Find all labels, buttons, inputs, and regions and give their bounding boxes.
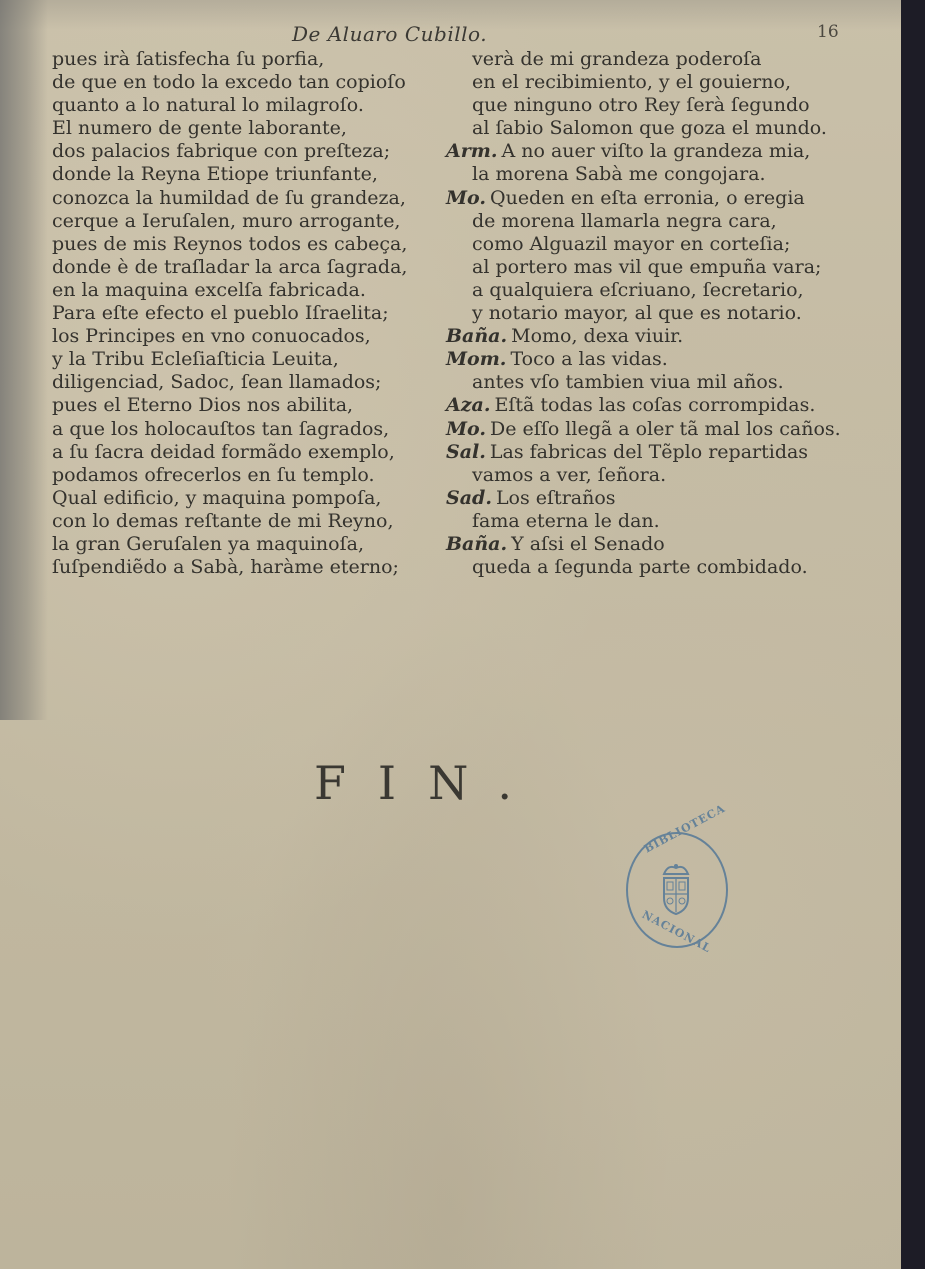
line-text: Momo, dexa viuir. xyxy=(511,325,683,347)
line-text: fama eterna le dan. xyxy=(472,510,660,532)
line-text: al portero mas vil que empuña vara; xyxy=(472,256,821,278)
speaker-name: Mom. xyxy=(446,348,506,370)
dialogue-line: Mom.Toco a las vidas. xyxy=(446,348,841,371)
dialogue-line: Sal.Las fabricas del Tẽplo repartidas xyxy=(446,441,841,464)
dialogue-line: Baña.Y aſsi el Senado xyxy=(446,533,841,556)
verse-line: donde è de traſladar la arca ſagrada, xyxy=(52,256,407,279)
line-text: queda a ſegunda parte combidado. xyxy=(472,556,808,578)
line-text: antes vſo tambien viua mil años. xyxy=(472,371,784,393)
verse-line: la gran Geruſalen ya maquinoſa, xyxy=(52,533,407,556)
scan-background-edge xyxy=(901,0,925,1269)
left-margin-stain xyxy=(0,0,48,720)
verse-line: vamos a ver, ſeñora. xyxy=(446,464,841,487)
line-text: en el recibimiento, y el gouierno, xyxy=(472,71,791,93)
verse-line: a ſu ſacra deidad formãdo exemplo, xyxy=(52,441,407,464)
speaker-name: Sal. xyxy=(446,441,486,463)
speaker-name: Baña. xyxy=(446,325,507,347)
speaker-name: Mo. xyxy=(446,418,486,440)
verse-line: verà de mi grandeza poderoſa xyxy=(446,48,841,71)
verse-line: podamos ofrecerlos en ſu templo. xyxy=(52,464,407,487)
line-text: a qualquiera eſcriuano, ſecretario, xyxy=(472,279,804,301)
verse-line: pues de mis Reynos todos es cabeça, xyxy=(52,233,407,256)
verse-line: fama eterna le dan. xyxy=(446,510,841,533)
verse-line: a que los holocauſtos tan ſagrados, xyxy=(52,418,407,441)
verse-line: cerque a Ieruſalen, muro arrogante, xyxy=(52,210,407,233)
dialogue-line: Arm.A no auer viſto la grandeza mia, xyxy=(446,140,841,163)
line-text: la morena Sabà me congojara. xyxy=(472,163,766,185)
verse-line: y notario mayor, al que es notario. xyxy=(446,302,841,325)
verse-line: a qualquiera eſcriuano, ſecretario, xyxy=(446,279,841,302)
verse-line: conozca la humildad de ſu grandeza, xyxy=(52,187,407,210)
colophon-fin: FIN. xyxy=(314,756,544,810)
crowned-shield-icon xyxy=(656,860,696,916)
verse-line: los Principes en vno conuocados, xyxy=(52,325,407,348)
dialogue-line: Mo.De eſſo llegã a oler tã mal los caños… xyxy=(446,418,841,441)
verse-line: ſuſpendiẽdo a Sabà, haràme eterno; xyxy=(52,556,407,579)
speaker-name: Sad. xyxy=(446,487,492,509)
verse-line: al ſabio Salomon que goza el mundo. xyxy=(446,117,841,140)
verse-line: de que en todo la excedo tan copioſo xyxy=(52,71,407,94)
dialogue-line: Aza.Eſtã todas las coſas corrompidas. xyxy=(446,394,841,417)
left-text-column: pues irà ſatisfecha ſu porfia, de que en… xyxy=(52,48,407,579)
line-text: Queden en eſta erronia, o eregia xyxy=(490,187,805,209)
line-text: A no auer viſto la grandeza mia, xyxy=(501,140,810,162)
verse-line: al portero mas vil que empuña vara; xyxy=(446,256,841,279)
verse-line: quanto a lo natural lo milagroſo. xyxy=(52,94,407,117)
verse-line: pues el Eterno Dios nos abilita, xyxy=(52,394,407,417)
line-text: que ninguno otro Rey ſerà ſegundo xyxy=(472,94,810,116)
verse-line: El numero de gente laborante, xyxy=(52,117,407,140)
verse-line: pues irà ſatisfecha ſu porfia, xyxy=(52,48,407,71)
verse-line: diligenciad, Sadoc, ſean llamados; xyxy=(52,371,407,394)
verse-line: la morena Sabà me congojara. xyxy=(446,163,841,186)
right-text-column: verà de mi grandeza poderoſaen el recibi… xyxy=(446,48,841,579)
running-head: De Aluaro Cubillo. xyxy=(292,22,487,46)
verse-line: queda a ſegunda parte combidado. xyxy=(446,556,841,579)
verse-line: y la Tribu Ecleſiaſticia Leuita, xyxy=(52,348,407,371)
verse-line: que ninguno otro Rey ſerà ſegundo xyxy=(446,94,841,117)
line-text: al ſabio Salomon que goza el mundo. xyxy=(472,117,827,139)
dialogue-line: Mo.Queden en eſta erronia, o eregia xyxy=(446,187,841,210)
line-text: De eſſo llegã a oler tã mal los caños. xyxy=(490,418,841,440)
verse-line: en la maquina excelſa fabricada. xyxy=(52,279,407,302)
line-text: y notario mayor, al que es notario. xyxy=(472,302,802,324)
verse-line: Qual edificio, y maquina pompoſa, xyxy=(52,487,407,510)
library-stamp: BIBLIOTECA NACIONAL xyxy=(626,832,728,948)
verse-line: antes vſo tambien viua mil años. xyxy=(446,371,841,394)
verse-line: Para eſte efecto el pueblo Iſraelita; xyxy=(52,302,407,325)
document-page: De Aluaro Cubillo. 16 pues irà ſatisfech… xyxy=(0,0,901,1269)
dialogue-line: Baña.Momo, dexa viuir. xyxy=(446,325,841,348)
verse-line: con lo demas reſtante de mi Reyno, xyxy=(52,510,407,533)
verse-line: dos palacios fabrique con preſteza; xyxy=(52,140,407,163)
line-text: Las fabricas del Tẽplo repartidas xyxy=(490,441,808,463)
line-text: de morena llamarla negra cara, xyxy=(472,210,777,232)
verse-line: como Alguazil mayor en corteſia; xyxy=(446,233,841,256)
stamp-top-text: BIBLIOTECA xyxy=(642,802,728,856)
line-text: Los eſtraños xyxy=(496,487,616,509)
line-text: vamos a ver, ſeñora. xyxy=(472,464,666,486)
verse-line: donde la Reyna Etiope triunfante, xyxy=(52,163,407,186)
dialogue-line: Sad.Los eſtraños xyxy=(446,487,841,510)
speaker-name: Mo. xyxy=(446,187,486,209)
speaker-name: Arm. xyxy=(446,140,497,162)
speaker-name: Baña. xyxy=(446,533,507,555)
line-text: como Alguazil mayor en corteſia; xyxy=(472,233,790,255)
page-number: 16 xyxy=(817,22,839,42)
speaker-name: Aza. xyxy=(446,394,490,416)
line-text: Toco a las vidas. xyxy=(510,348,667,370)
verse-line: de morena llamarla negra cara, xyxy=(446,210,841,233)
line-text: Y aſsi el Senado xyxy=(511,533,665,555)
verse-line: en el recibimiento, y el gouierno, xyxy=(446,71,841,94)
line-text: Eſtã todas las coſas corrompidas. xyxy=(494,394,815,416)
line-text: verà de mi grandeza poderoſa xyxy=(472,48,762,70)
